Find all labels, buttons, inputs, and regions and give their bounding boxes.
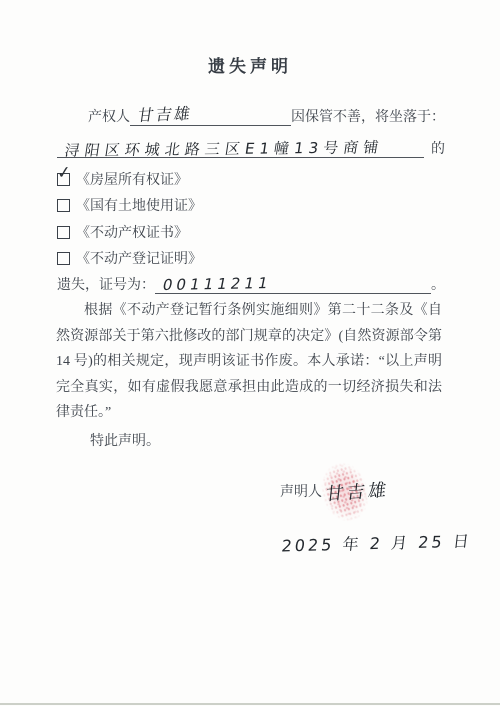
document-title: 遗失声明 [0,52,500,77]
certificate-number-line: 遗失，证号为： 00111211 。 [57,268,445,294]
owner-label: 产权人 [88,106,130,126]
certificate-label: 《不动产权证书》 [76,222,188,242]
address-line: 浔阳区环城北路三区E1幢13号商铺 的 [57,131,445,158]
intro-line: 产权人 甘吉雄 因保管不善，将坐落于： [57,102,445,126]
owner-name-field: 甘吉雄 [130,102,291,126]
address-suffix: 的 [431,138,445,158]
checkbox-real-estate-registration[interactable] [57,252,70,265]
date-line: 2025 年 2 月 25 日 [282,531,472,554]
closing-statement: 特此声明。 [90,430,160,450]
certificate-label: 《国有土地使用证》 [76,195,202,215]
declarant-signature-handwritten: 甘吉雄 [324,476,390,506]
signature-line: 声明人 甘吉雄 [280,478,389,504]
declarant-label: 声明人 [280,481,322,501]
owner-name-handwritten: 甘吉雄 [136,101,194,126]
cert-no-field: 00111211 [155,275,431,294]
address-field: 浔阳区环城北路三区E1幢13号商铺 [57,138,424,158]
certificate-row-real-estate-ownership: 《不动产权证书》 [57,220,445,244]
certificate-label: 《房屋所有权证》 [76,169,188,189]
address-handwritten: 浔阳区环城北路三区E1幢13号商铺 [63,136,385,160]
certificate-label: 《不动产登记证明》 [76,248,202,268]
cert-no-prefix: 遗失，证号为： [57,274,155,294]
checkbox-house-ownership-checked[interactable]: ✓ [57,173,70,186]
intro-after-name: 因保管不善，将坐落于： [291,106,445,126]
checkmark-icon: ✓ [56,164,72,182]
checkbox-real-estate-ownership[interactable] [57,226,70,239]
date-handwritten: 2025 年 2 月 25 日 [280,529,473,557]
checkbox-state-land-use[interactable] [57,199,70,212]
certificate-row-state-land-use: 《国有土地使用证》 [57,193,445,217]
certificate-row-real-estate-registration: 《不动产登记证明》 [57,246,445,270]
body-paragraph: 根据《不动产登记暂行条例实施细则》第二十二条及《自然资源部关于第六批修改的部门规… [56,298,442,426]
scan-edge-artifact [0,703,500,705]
cert-no-suffix: 。 [431,274,445,294]
certificate-row-house-ownership: ✓ 《房屋所有权证》 [57,167,445,191]
scanned-document-page: 遗失声明 产权人 甘吉雄 因保管不善，将坐落于： 浔阳区环城北路三区E1幢13号… [0,0,500,706]
cert-no-handwritten: 00111211 [161,274,273,294]
